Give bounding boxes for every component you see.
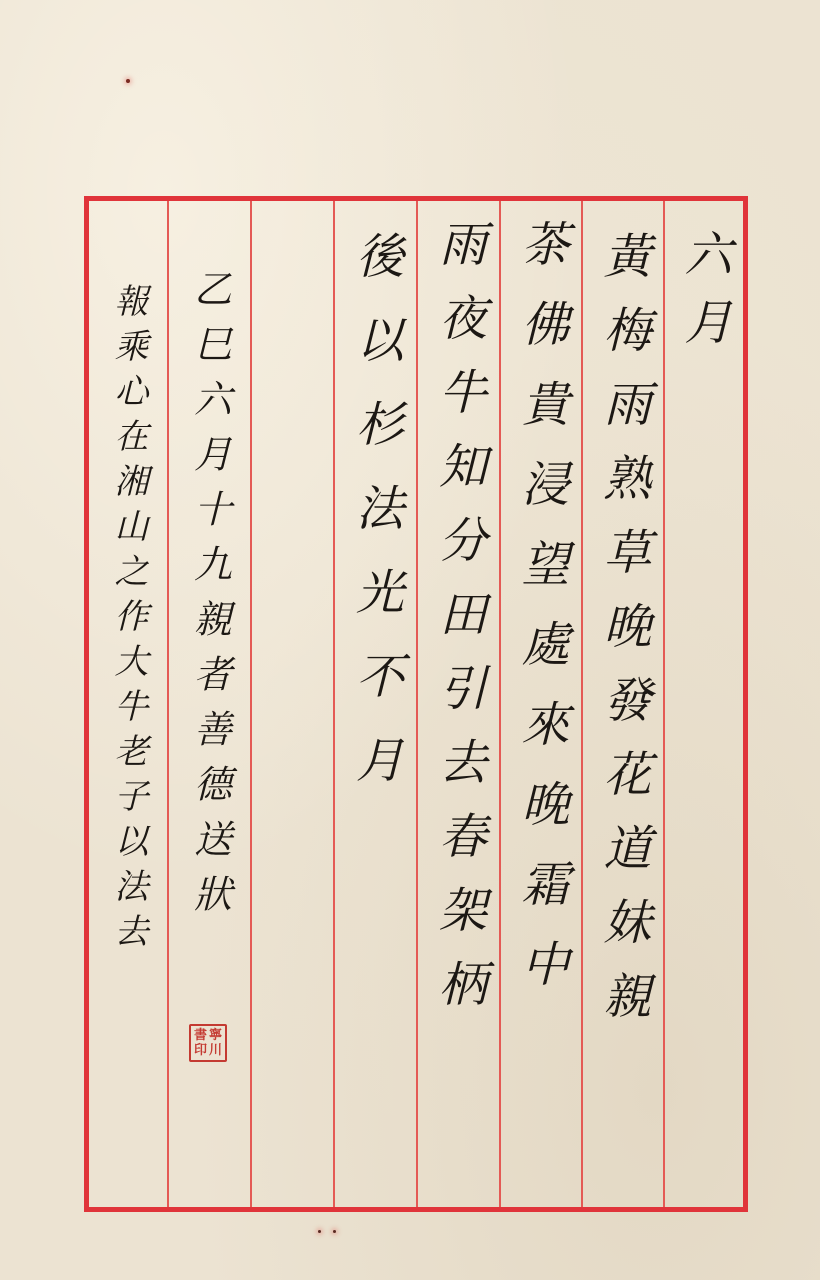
poem-line-4: 後以杉法光不月 [352,231,400,819]
ruled-frame: 六月 黃梅雨熟草晚發花道妹親 茶佛貴浸望處來晚霜中 雨夜牛知分田引去春架柄 後以… [84,196,748,1212]
seal-glyph: 印 [193,1043,208,1058]
seal-glyph: 寧 [208,1028,223,1043]
paper-speck [318,1230,321,1233]
poem-line-1: 黃梅雨熟草晚發花道妹親 [599,231,647,1045]
date-line: 乙巳六月十九親者善德送狀 [191,269,229,929]
title-text: 六月 [680,229,728,365]
poem-line-3: 雨夜牛知分田引去春架柄 [435,219,483,1033]
poem-column-2: 茶佛貴浸望處來晚霜中 [501,201,581,1207]
empty-column [252,201,333,1207]
seal-glyph: 川 [208,1043,223,1058]
poem-line-2: 茶佛貴浸望處來晚霜中 [517,219,565,1019]
signature-column: 報乘心在湘山之作大牛老子以法去 [89,201,167,1207]
artist-seal: 寧 川 書 印 [189,1024,227,1062]
title-column: 六月 [665,201,743,1207]
paper-speck [333,1230,336,1233]
poem-column-4: 後以杉法光不月 [335,201,416,1207]
seal-glyph: 書 [193,1028,208,1043]
poem-column-3: 雨夜牛知分田引去春架柄 [418,201,499,1207]
paper-speck [126,79,130,83]
signature-line: 報乘心在湘山之作大牛老子以法去 [111,283,145,958]
poem-column-1: 黃梅雨熟草晚發花道妹親 [583,201,663,1207]
